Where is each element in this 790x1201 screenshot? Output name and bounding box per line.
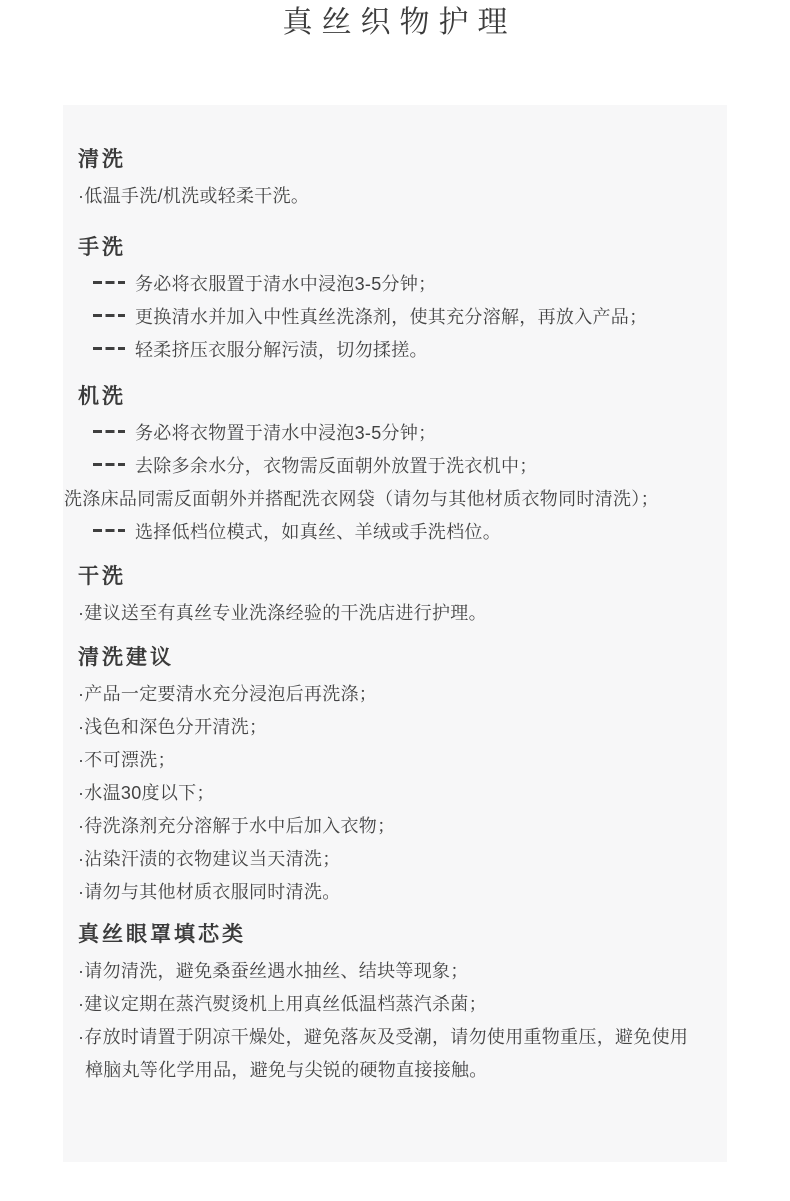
care-instruction-line: 选择低档位模式，如真丝、羊绒或手洗档位。 — [78, 521, 712, 543]
care-instruction-line: 更换清水并加入中性真丝洗涤剂，使其充分溶解，再放入产品； — [78, 306, 712, 328]
care-instruction-line: ·不可漂洗； — [78, 749, 712, 771]
care-instruction-line: 洗涤床品同需反面朝外并搭配洗衣网袋（请勿与其他材质衣物同时清洗）； — [64, 488, 712, 510]
section-heading-machine-wash: 机洗 — [78, 385, 712, 409]
care-instruction-line: ·低温手洗/机洗或轻柔干洗。 — [78, 185, 712, 207]
triple-dash-bullet-icon — [93, 529, 125, 532]
care-instructions-panel: 清洗 ·低温手洗/机洗或轻柔干洗。 手洗 务必将衣服置于清水中浸泡3-5分钟； … — [63, 105, 727, 1162]
section-heading-dry-clean: 干洗 — [78, 565, 712, 589]
section-heading-hand-wash: 手洗 — [78, 236, 712, 260]
care-instruction-line: ·请勿与其他材质衣服同时清洗。 — [78, 881, 712, 903]
triple-dash-bullet-icon — [93, 281, 125, 284]
instruction-text: 选择低档位模式，如真丝、羊绒或手洗档位。 — [135, 522, 501, 542]
triple-dash-bullet-icon — [93, 463, 125, 466]
care-instruction-line: 务必将衣服置于清水中浸泡3-5分钟； — [78, 273, 712, 295]
section-heading-silk-eyemask-filling: 真丝眼罩填芯类 — [78, 923, 712, 947]
care-instruction-line: ·水温30度以下； — [78, 782, 712, 804]
care-instruction-line: ·请勿清洗，避免桑蚕丝遇水抽丝、结块等现象； — [78, 960, 712, 982]
page-title: 真丝织物护理 — [0, 6, 790, 40]
care-instruction-line: ·浅色和深色分开清洗； — [78, 716, 712, 738]
section-heading-cleaning: 清洗 — [78, 148, 712, 172]
section-heading-wash-tips: 清洗建议 — [78, 646, 712, 670]
triple-dash-bullet-icon — [93, 314, 125, 317]
care-instruction-line: ·建议定期在蒸汽熨烫机上用真丝低温档蒸汽杀菌； — [78, 993, 712, 1015]
instruction-text: 更换清水并加入中性真丝洗涤剂，使其充分溶解，再放入产品； — [135, 307, 647, 327]
instruction-text: 务必将衣服置于清水中浸泡3-5分钟； — [135, 274, 436, 294]
care-instruction-line: ·待洗涤剂充分溶解于水中后加入衣物； — [78, 815, 712, 837]
triple-dash-bullet-icon — [93, 347, 125, 350]
triple-dash-bullet-icon — [93, 430, 125, 433]
care-instruction-line: 轻柔挤压衣服分解污渍，切勿揉搓。 — [78, 339, 712, 361]
care-instruction-line: ·产品一定要清水充分浸泡后再洗涤； — [78, 683, 712, 705]
care-instruction-line: ·存放时请置于阴凉干燥处，避免落灰及受潮，请勿使用重物重压，避免使用 — [78, 1026, 712, 1048]
care-instruction-line: ·沾染汗渍的衣物建议当天清洗； — [78, 848, 712, 870]
instruction-text: 务必将衣物置于清水中浸泡3-5分钟； — [135, 423, 436, 443]
care-instruction-line: ·建议送至有真丝专业洗涤经验的干洗店进行护理。 — [78, 602, 712, 624]
instruction-text: 去除多余水分，衣物需反面朝外放置于洗衣机中； — [135, 456, 538, 476]
instruction-text: 轻柔挤压衣服分解污渍，切勿揉搓。 — [135, 340, 428, 360]
care-instruction-line-continuation: 樟脑丸等化学用品，避免与尖锐的硬物直接接触。 — [78, 1059, 712, 1081]
care-instruction-line: 务必将衣物置于清水中浸泡3-5分钟； — [78, 422, 712, 444]
care-instruction-line: 去除多余水分，衣物需反面朝外放置于洗衣机中； — [78, 455, 712, 477]
